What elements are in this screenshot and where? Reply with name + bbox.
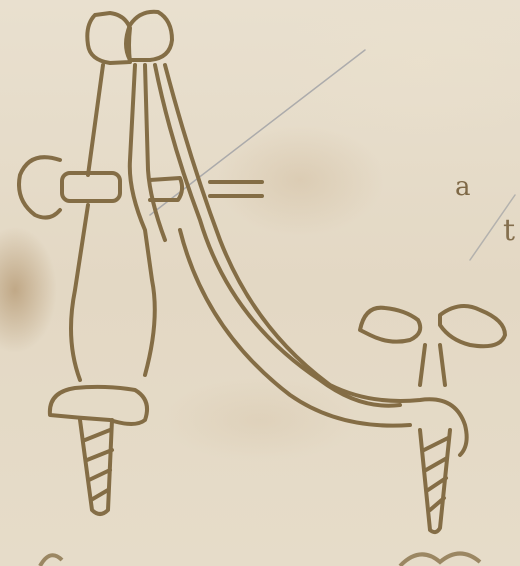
wing-nut-right — [360, 306, 505, 385]
screw-foot-left — [50, 387, 147, 514]
top-knob — [87, 12, 172, 63]
manuscript-photo: a t Photograph of a manuscript page with… — [0, 0, 520, 566]
marginal-letter-t: t — [503, 213, 515, 248]
marginal-letter-a: a — [455, 172, 471, 202]
screw-foot-right — [420, 430, 450, 532]
left-leg — [71, 65, 103, 380]
curved-arm — [155, 65, 400, 406]
ink-sketch: a t — [0, 0, 520, 566]
wing-nut-left — [19, 157, 262, 217]
